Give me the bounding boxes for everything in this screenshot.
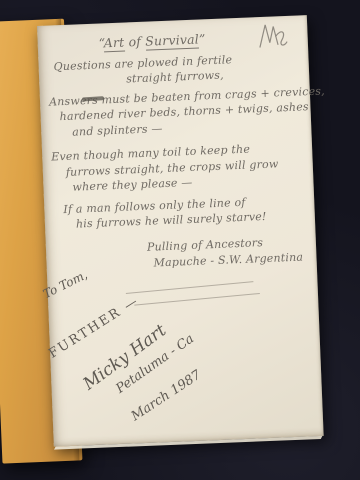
poem-title: “Art of Survival” — [98, 27, 302, 51]
poem-block: “Art of Survival” Questions are plowed i… — [46, 27, 311, 275]
photo-of-book-endpaper: “Art of Survival” Questions are plowed i… — [0, 0, 360, 480]
title-word-art: Art — [103, 35, 124, 53]
title-word-survival: Survival — [145, 32, 199, 51]
pencil-dash-line — [126, 281, 254, 294]
pencil-dash-line — [134, 293, 260, 306]
title-mid: of — [124, 34, 145, 50]
endpaper-page: “Art of Survival” Questions are plowed i… — [37, 15, 324, 446]
title-close-quote: ” — [199, 31, 206, 46]
